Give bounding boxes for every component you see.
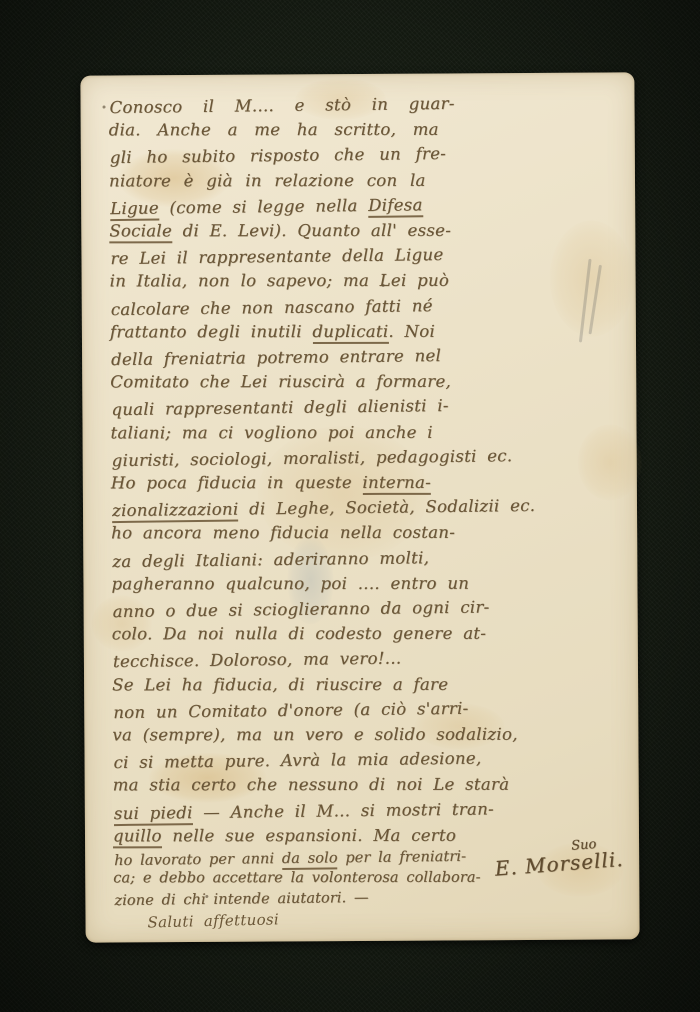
handwritten-line: giuristi, sociologi, moralisti, pedagogi…: [112, 442, 625, 473]
handwritten-line: niatore è già in relazione con la: [109, 167, 623, 193]
handwritten-line: taliani; ma ci vogliono poi anche i: [111, 419, 625, 445]
handwritten-line: Sociale di E. Levi). Quanto all' esse-: [109, 218, 623, 244]
handwritten-line: ma stia certo che nessuno di noi Le star…: [113, 772, 627, 798]
handwritten-line: ho ancora meno fiducia nella costan-: [111, 520, 625, 546]
underlined-word: Difesa: [368, 195, 423, 218]
handwritten-line: anno o due si scioglieranno da ogni cir-: [112, 593, 625, 624]
handwritten-line: za degli Italiani: aderiranno molti,: [112, 542, 625, 573]
underlined-word: duplicati: [312, 322, 388, 344]
handwritten-line: della freniatria potremo entrare nel: [111, 341, 624, 372]
handwritten-line: tecchisce. Doloroso, ma vero!...: [113, 643, 626, 674]
handwritten-line: non un Comitato d'onore (a ciò s'arri-: [113, 694, 626, 725]
handwritten-line: gli ho subito risposto che un fre-: [110, 139, 623, 170]
underlined-word: Sociale: [109, 221, 172, 243]
handwritten-line: Ho poca fiducia in queste interna-: [111, 470, 625, 496]
handwritten-line: calcolare che non nascano fatti né: [111, 290, 624, 321]
handwritten-text: Conosco il M.... e stò in guar-dia. Anch…: [80, 72, 639, 942]
underlined-word: interna-: [362, 473, 431, 495]
postcard: Conosco il M.... e stò in guar-dia. Anch…: [80, 72, 639, 942]
handwritten-line: quali rappresentanti degli alienisti i-: [111, 391, 624, 422]
handwritten-line: Ligue (come si legge nella Difesa: [110, 190, 623, 221]
handwritten-line: pagheranno qualcuno, poi .... entro un: [111, 570, 625, 596]
handwritten-line: Se Lei ha fiducia, di riuscire a fare: [112, 671, 626, 697]
underlined-word: quillo: [113, 826, 162, 848]
handwritten-line: Conosco il M.... e stò in guar-: [109, 89, 622, 120]
handwritten-line: sui piedi — Anche il M... si mostri tran…: [114, 794, 627, 825]
photo-background: Conosco il M.... e stò in guar-dia. Anch…: [0, 0, 700, 1012]
handwritten-line: in Italia, non lo sapevo; ma Lei può: [110, 268, 624, 294]
handwritten-line: zione di chi intende aiutatori. —: [114, 885, 627, 911]
handwritten-line: frattanto degli inutili duplicati. Noi: [110, 318, 624, 344]
